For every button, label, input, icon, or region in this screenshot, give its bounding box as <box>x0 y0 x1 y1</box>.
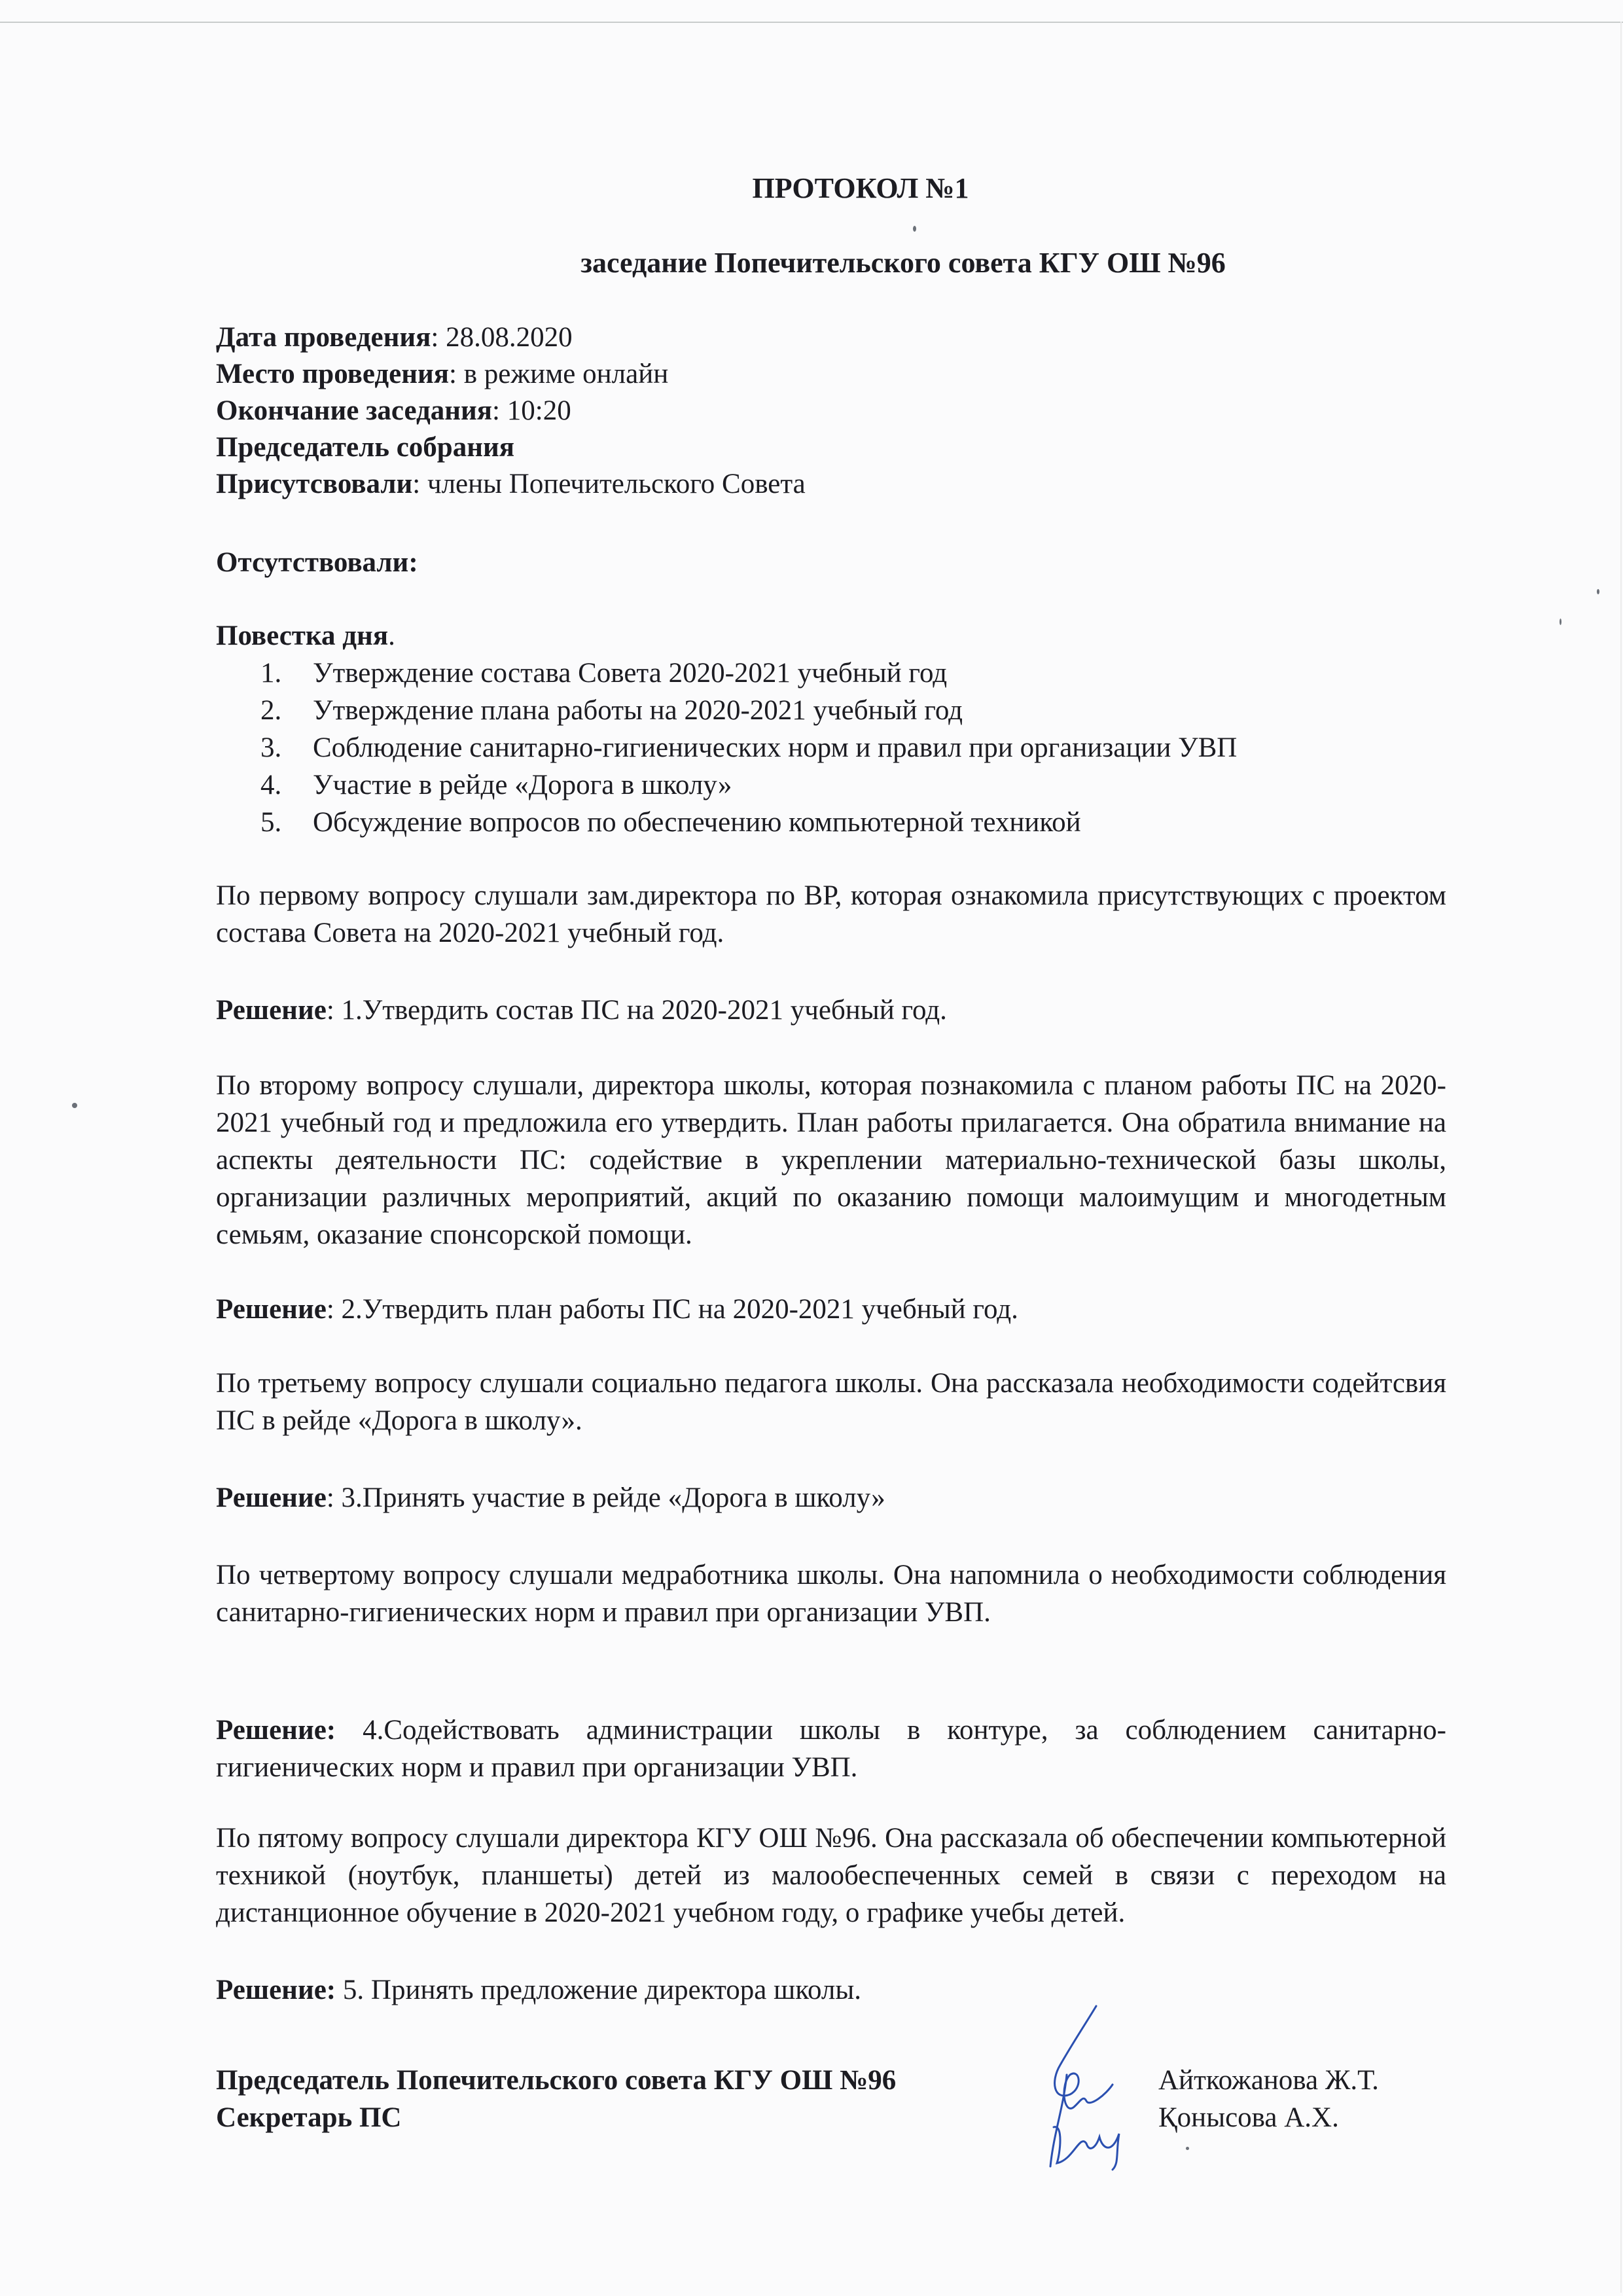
agenda-list: 1.Утверждение состава Совета 2020-2021 у… <box>216 655 1446 841</box>
meta-chair: Председатель собрания <box>216 429 806 466</box>
section-3-decision: Решение: 3.Принять участие в рейде «Доро… <box>216 1479 1446 1516</box>
section-5-decision: Решение: 5. Принять предложение директор… <box>216 1971 1446 2009</box>
agenda-item: 4.Участие в рейде «Дорога в школу» <box>216 766 1446 804</box>
section-2-text: По второму вопросу слушали, директора шк… <box>216 1067 1446 1253</box>
secretary-name: Қонысова А.Х. <box>1158 2099 1339 2136</box>
agenda-item: 3.Соблюдение санитарно-гигиенических нор… <box>216 729 1446 766</box>
scan-speck <box>1186 2147 1189 2150</box>
scan-speck <box>72 1103 77 1108</box>
agenda-item: 2.Утверждение плана работы на 2020-2021 … <box>216 692 1446 729</box>
absent-label: Отсутствовали: <box>216 545 418 581</box>
scan-edge-right <box>1620 22 1622 2293</box>
agenda-item: 1.Утверждение состава Совета 2020-2021 у… <box>216 655 1446 692</box>
meeting-meta: Дата проведения: 28.08.2020 Место провед… <box>216 319 806 503</box>
section-2-decision: Решение: 2.Утвердить план работы ПС на 2… <box>216 1291 1446 1328</box>
scan-speck <box>1560 619 1561 625</box>
meta-end-time: Окончание заседания: 10:20 <box>216 393 806 429</box>
meta-date: Дата проведения: 28.08.2020 <box>216 319 806 356</box>
scan-edge-top <box>0 22 1623 23</box>
section-5-text: По пятому вопросу слушали директора КГУ … <box>216 1820 1446 1931</box>
meta-place: Место проведения: в режиме онлайн <box>216 356 806 393</box>
section-1-decision: Решение: 1.Утвердить состав ПС на 2020-2… <box>216 992 1446 1029</box>
signature-row-secretary: Секретарь ПС Қонысова А.Х. <box>216 2099 1446 2136</box>
document-title: ПРОТОКОЛ №1 <box>245 171 1476 205</box>
document-subtitle: заседание Попечительского совета КГУ ОШ … <box>288 246 1518 279</box>
section-4-decision: Решение: 4.Содействовать администрации ш… <box>216 1712 1446 1786</box>
agenda-heading: Повестка дня. <box>216 617 1446 655</box>
chair-name: Айткожанова Ж.Т. <box>1158 2062 1379 2099</box>
meta-present: Присутсвовали: члены Попечительского Сов… <box>216 466 806 503</box>
scan-speck <box>913 226 916 232</box>
section-4-text: По четвертому вопросу слушали медработни… <box>216 1556 1446 1631</box>
section-1-text: По первому вопросу слушали зам.директора… <box>216 877 1446 952</box>
chair-role: Председатель Попечительского совета КГУ … <box>216 2062 896 2099</box>
signature-row-chair: Председатель Попечительского совета КГУ … <box>216 2062 1446 2099</box>
secretary-role: Секретарь ПС <box>216 2099 402 2136</box>
agenda-item: 5.Обсуждение вопросов по обеспечению ком… <box>216 804 1446 841</box>
section-3-text: По третьему вопросу слушали социально пе… <box>216 1365 1446 1439</box>
scan-speck <box>1597 589 1599 594</box>
agenda: Повестка дня. 1.Утверждение состава Сове… <box>216 617 1446 841</box>
signature-block: Председатель Попечительского совета КГУ … <box>216 2062 1446 2136</box>
handwritten-signature-icon <box>1034 2003 1185 2173</box>
